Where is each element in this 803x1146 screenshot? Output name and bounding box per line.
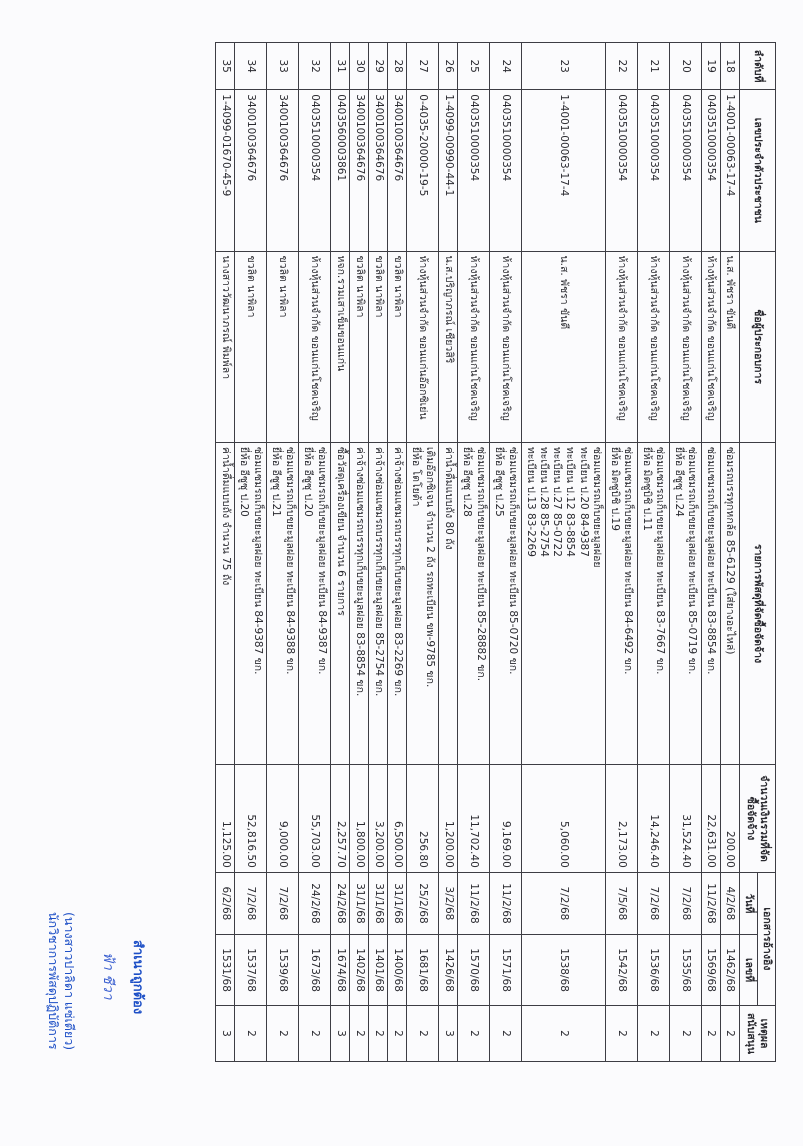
ref-date: 7/5/68 [605,872,637,934]
amount: 55,703.00 [299,765,331,872]
table-row: 293400100364676ขวลิต นาพิลาค่าจ้างซ่อมแซ… [369,43,388,1062]
citizen-id: 1-4099-01670-45-9 [216,90,235,251]
description-line: เติมอ๊อกซิเจน จำนวน 2 ถัง รถทะเบียน ขพ-9… [423,447,436,760]
reason-code: 2 [299,1006,331,1062]
signer-name: (นางสาวปาลิดา แซ่เตียว) [62,912,76,1050]
ref-date: 11/2/68 [458,872,490,934]
citizen-id: 0403510000354 [701,90,720,251]
header-citizen-id: เลขประจำตัวประชาชน [739,90,775,251]
row-number: 24 [490,43,522,90]
table-row: 333400100364676ขวลิต นาพิลาซ่อมแซมรถเก็บ… [267,43,299,1062]
item-description: ซ่อมแซมรถเก็บขยะมูลฝอย ทะเบียน 85-28882 … [458,442,490,764]
description-line: ซื้อวัสดุเครื่องเขียน จำนวน 6 รายการ [333,447,346,760]
reason-code: 2 [267,1006,299,1062]
citizen-id: 1-4001-00063-17-4 [522,90,606,251]
table-row: 220403510000354ห้างหุ้นส่วนจำกัด ขอนแก่น… [605,43,637,1062]
row-number: 34 [235,43,267,90]
citizen-id: 3400100364676 [235,90,267,251]
header-ref-number: เลขที่ [739,935,757,1006]
row-number: 27 [407,43,439,90]
description-line: ซ่อมแซมรถเก็บขยะมูลฝอย ทะเบียน 85-28882 … [474,447,487,760]
ref-number: 1539/68 [267,935,299,1006]
row-number: 29 [369,43,388,90]
amount: 256.80 [407,765,439,872]
description-line: ยี่ห้อ อีซูซุ ป.21 [269,447,282,760]
citizen-id: 0403510000354 [669,90,701,251]
ref-number: 1400/68 [388,935,407,1006]
description-line: ซ่อมแซมรถเก็บขยะมูลฝอย ทะเบียน 84-6492 ข… [621,447,634,760]
ref-number: 1426/68 [439,935,458,1006]
amount: 14,246.40 [637,765,669,872]
amount: 1,200.00 [439,765,458,872]
table-row: 320403510000354ห้างหุ้นส่วนจำกัด ขอนแก่น… [299,43,331,1062]
ref-date: 7/2/68 [669,872,701,934]
vendor-name: ขวลิต นาพิลา [350,251,369,442]
item-description: ซ่อมรถบรรทุกหกล้อ 85-6129 (ใส่ยางอะไหล่) [720,442,739,764]
description-line: ยี่ห้อ อีซูซุ ป.28 [460,447,473,760]
header-reason: เหตุผลสนับสนุน [739,1006,775,1062]
ref-date: 24/2/68 [331,872,350,934]
ref-date: 7/2/68 [267,872,299,934]
item-description: ซ่อมแซมรถเก็บขยะมูลฝอย ทะเบียน 85-0719 ข… [669,442,701,764]
vendor-name: ห้างหุ้นส่วนจำกัด ขอนแก่นอ๊อกซิเย่น [407,251,439,442]
vendor-name: ขวลิต นาพิลา [388,251,407,442]
description-line: ยี่ห้อ อีซูซุ ป.25 [492,447,505,760]
citizen-id: 0403510000354 [605,90,637,251]
table-row: 240403510000354ห้างหุ้นส่วนจำกัด ขอนแก่น… [490,43,522,1062]
ref-number: 1536/68 [637,935,669,1006]
description-line: ซ่อมแซมรถเก็บขยะมูลฝอย [590,447,603,760]
ref-date: 4/2/68 [720,872,739,934]
row-number: 31 [331,43,350,90]
ref-number: 1569/68 [701,935,720,1006]
header-vendor: ชื่อผู้ประกอบการ [739,251,775,442]
amount: 2,257.70 [331,765,350,872]
row-number: 32 [299,43,331,90]
vendor-name: ห้างหุ้นส่วนจำกัด ขอนแก่นโชคเจริญ [669,251,701,442]
description-line: ทะเบียน ป.12 83-8854 [563,447,576,760]
amount: 3,200.00 [369,765,388,872]
table-row: 303400100364676ขวลิต นาพิลาค่าจ้างซ่อมแซ… [350,43,369,1062]
description-line: ซ่อมแซมรถเก็บขยะมูลฝอย ทะเบียน 83-8854 ข… [704,447,717,760]
ref-date: 7/2/68 [522,872,606,934]
table-body: 181-4001-00063-17-4น.ส. พัชรา ขันตีซ่อมร… [216,43,740,1062]
row-number: 22 [605,43,637,90]
description-line: ยี่ห้อ มิตซูบิชิ ป.19 [608,447,621,760]
reason-code: 2 [388,1006,407,1062]
ref-date: 31/1/68 [350,872,369,934]
vendor-name: ห้างหุ้นส่วนจำกัด ขอนแก่นโชคเจริญ [299,251,331,442]
description-line: ทะเบียน ป.27 85-0722 [550,447,563,760]
row-number: 33 [267,43,299,90]
reason-code: 3 [331,1006,350,1062]
item-description: ซ่อมแซมรถเก็บขยะมูลฝอย ทะเบียน 84-6492 ข… [605,442,637,764]
description-line: ซ่อมรถบรรทุกหกล้อ 85-6129 (ใส่ยางอะไหล่) [723,447,736,760]
item-description: ค่าจ้างซ่อมแซมรถบรรทุกเก็บขยะมูลฝอย 85-2… [369,442,388,764]
ref-number: 1535/68 [669,935,701,1006]
row-number: 18 [720,43,739,90]
reason-code: 2 [369,1006,388,1062]
citizen-id: 0403560003861 [331,90,350,251]
vendor-name: น.ส. พัชรา ขันตี [720,251,739,442]
citizen-id: 0-4035-20000-19-5 [407,90,439,251]
description-line: ทะเบียน ป.28 85-2754 [537,447,550,760]
citizen-id: 3400100364676 [267,90,299,251]
signature: ฟ้า ชีวา [100,952,116,999]
vendor-name: น.ส.ปริญาภรณ์ เชียวสิริ [439,251,458,442]
ref-date: 25/2/68 [407,872,439,934]
table-row: 210403510000354ห้างหุ้นส่วนจำกัด ขอนแก่น… [637,43,669,1062]
vendor-name: ห้างหุ้นส่วนจำกัด ขอนแก่นโชคเจริญ [605,251,637,442]
vendor-name: ขวลิต นาพิลา [235,251,267,442]
ref-date: 31/1/68 [388,872,407,934]
amount: 2,173.00 [605,765,637,872]
description-line: ซ่อมแซมรถเก็บขยะมูลฝอย ทะเบียน 83-7667 ข… [653,447,666,760]
row-number: 30 [350,43,369,90]
amount: 9,000.00 [267,765,299,872]
amount: 5,060.00 [522,765,606,872]
table-row: 270-4035-20000-19-5ห้างหุ้นส่วนจำกัด ขอน… [407,43,439,1062]
amount: 200.00 [720,765,739,872]
description-line: ยี่ห้อ อีซูซุ ป.24 [672,447,685,760]
citizen-id: 0403510000354 [490,90,522,251]
vendor-name: ห้างหุ้นส่วนจำกัด ขอนแก่นโชคเจริญ [701,251,720,442]
header-description: รายการพัสดุที่จัดซื้อจัดจ้าง [739,442,775,764]
table-row: 283400100364676ขวลิต นาพิลาค่าจ้างซ่อมแซ… [388,43,407,1062]
ref-number: 1538/68 [522,935,606,1006]
reason-code: 2 [407,1006,439,1062]
ref-number: 1402/68 [350,935,369,1006]
citizen-id: 1-4001-00063-17-4 [720,90,739,251]
row-number: 26 [439,43,458,90]
ref-date: 7/2/68 [637,872,669,934]
description-line: ซ่อมแซมรถเก็บขยะมูลฝอย ทะเบียน 85-0720 ข… [506,447,519,760]
ref-date: 24/2/68 [299,872,331,934]
ref-number: 1542/68 [605,935,637,1006]
reason-code: 2 [235,1006,267,1062]
table-row: 190403510000354ห้างหุ้นส่วนจำกัด ขอนแก่น… [701,43,720,1062]
citizen-id: 1-4099-00990-44-1 [439,90,458,251]
item-description: ซ่อมแซมรถเก็บขยะมูลฝอย ทะเบียน 84-9387 ข… [299,442,331,764]
description-line: ซ่อมแซมรถเก็บขยะมูลฝอย ทะเบียน 84-9387 ข… [251,447,264,760]
table-row: 200403510000354ห้างหุ้นส่วนจำกัด ขอนแก่น… [669,43,701,1062]
row-number: 35 [216,43,235,90]
description-line: ซ่อมแซมรถเก็บขยะมูลฝอย ทะเบียน 84-9388 ข… [283,447,296,760]
ref-number: 1570/68 [458,935,490,1006]
ref-date: 3/2/68 [439,872,458,934]
table-row: 231-4001-00063-17-4น.ส. พัชรา ขันตีซ่อมแ… [522,43,606,1062]
description-line: ยี่ห้อ โตโยต้า [409,447,422,760]
description-line: ค่าน้ำดื่มแบบถัง จำนวน 75 ถัง [218,447,231,760]
reason-code: 3 [216,1006,235,1062]
vendor-name: ห้างหุ้นส่วนจำกัด ขอนแก่นโชคเจริญ [490,251,522,442]
reason-code: 2 [350,1006,369,1062]
ref-number: 1401/68 [369,935,388,1006]
header-ref-date: วันที่ [739,872,757,934]
ref-number: 1681/68 [407,935,439,1006]
description-line: ค่าจ้างซ่อมแซมรถบรรทุกเก็บขยะมูลฝอย 85-2… [371,447,384,760]
header-reference-doc: เอกสารอ้างอิง [757,872,775,1005]
description-line: ค่าจ้างซ่อมแซมรถบรรทุกเก็บขยะมูลฝอย 83-8… [352,447,365,760]
vendor-name: น.ส. พัชรา ขันตี [522,251,606,442]
citizen-id: 3400100364676 [369,90,388,251]
signer-role: นักวิชาการพัสดุปฏิบัติการ [46,912,60,1050]
row-number: 25 [458,43,490,90]
item-description: ซ่อมแซมรถเก็บขยะมูลฝอย ทะเบียน 84-9387 ข… [235,442,267,764]
citizen-id: 0403510000354 [637,90,669,251]
ref-number: 1537/68 [235,935,267,1006]
procurement-sheet: ลำดับที่ เลขประจำตัวประชาชน ชื่อผู้ประกอ… [215,42,776,1062]
ref-date: 7/2/68 [235,872,267,934]
amount: 1,125.00 [216,765,235,872]
table-row: 250403510000354ห้างหุ้นส่วนจำกัด ขอนแก่น… [458,43,490,1062]
ref-date: 11/2/68 [490,872,522,934]
row-number: 21 [637,43,669,90]
amount: 22,631.00 [701,765,720,872]
table-row: 343400100364676ขวลิต นาพิลาซ่อมแซมรถเก็บ… [235,43,267,1062]
ref-date: 6/2/68 [216,872,235,934]
citizen-id: 3400100364676 [350,90,369,251]
citizen-id: 0403510000354 [458,90,490,251]
item-description: ซ่อมแซมรถเก็บขยะมูลฝอย ทะเบียน 83-7667 ข… [637,442,669,764]
ref-date: 11/2/68 [701,872,720,934]
vendor-name: ห้างหุ้นส่วนจำกัด ขอนแก่นโชคเจริญ [458,251,490,442]
vendor-name: นางสาววัฒนาภรณ์ พิมพ์ลา [216,251,235,442]
description-line: ยี่ห้อ อีซูซุ ป.20 [301,447,314,760]
ref-number: 1531/68 [216,935,235,1006]
item-description: ค่าจ้างซ่อมแซมรถบรรทุกเก็บขยะมูลฝอย 83-8… [350,442,369,764]
item-description: ซ่อมแซมรถเก็บขยะมูลฝอย ทะเบียน 85-0720 ข… [490,442,522,764]
vendor-name: ขวลิต นาพิลา [267,251,299,442]
rotated-page: ลำดับที่ เลขประจำตัวประชาชน ชื่อผู้ประกอ… [0,0,803,1146]
header-no: ลำดับที่ [739,43,775,90]
header-amount: จำนวนเงินรวมที่จัดซื้อจัดจ้าง [739,765,775,872]
amount: 6,500.00 [388,765,407,872]
description-line: ยี่ห้อ อีซูซุ ป.20 [237,447,250,760]
ref-number: 1462/68 [720,935,739,1006]
row-number: 19 [701,43,720,90]
item-description: ซ่อมแซมรถเก็บขยะมูลฝอย ทะเบียน 83-8854 ข… [701,442,720,764]
item-description: ซ่อมแซมรถเก็บขยะมูลฝอยทะเบียน ป.20 84-93… [522,442,606,764]
item-description: ซ่อมแซมรถเก็บขยะมูลฝอย ทะเบียน 84-9388 ข… [267,442,299,764]
reason-code: 2 [701,1006,720,1062]
description-line: ซ่อมแซมรถเก็บขยะมูลฝอย ทะเบียน 84-9387 ข… [315,447,328,760]
row-number: 28 [388,43,407,90]
reason-code: 2 [522,1006,606,1062]
ref-number: 1674/68 [331,935,350,1006]
certified-copy-stamp: สำเนาถูกต้อง [129,940,144,1014]
reason-code: 2 [490,1006,522,1062]
amount: 52,816.50 [235,765,267,872]
table-row: 261-4099-00990-44-1น.ส.ปริญาภรณ์ เชียวสิ… [439,43,458,1062]
table-row: 181-4001-00063-17-4น.ส. พัชรา ขันตีซ่อมร… [720,43,739,1062]
item-description: ค่าน้ำดื่มแบบถัง 80 ถัง [439,442,458,764]
citizen-id: 3400100364676 [388,90,407,251]
item-description: ค่าจ้างซ่อมแซมรถบรรทุกเก็บขยะมูลฝอย 83-2… [388,442,407,764]
item-description: ซื้อวัสดุเครื่องเขียน จำนวน 6 รายการ [331,442,350,764]
row-number: 23 [522,43,606,90]
citizen-id: 0403510000354 [299,90,331,251]
amount: 31,524.40 [669,765,701,872]
description-line: ยี่ห้อ มิตซูบิชิ ป.11 [640,447,653,760]
reason-code: 2 [669,1006,701,1062]
procurement-table: ลำดับที่ เลขประจำตัวประชาชน ชื่อผู้ประกอ… [215,42,776,1062]
description-line: ซ่อมแซมรถเก็บขยะมูลฝอย ทะเบียน 85-0719 ข… [685,447,698,760]
description-line: ทะเบียน ป.20 84-9387 [577,447,590,760]
amount: 11,702.40 [458,765,490,872]
amount: 9,169.00 [490,765,522,872]
reason-code: 2 [720,1006,739,1062]
description-line: ค่าจ้างซ่อมแซมรถบรรทุกเก็บขยะมูลฝอย 83-2… [390,447,403,760]
item-description: เติมอ๊อกซิเจน จำนวน 2 ถัง รถทะเบียน ขพ-9… [407,442,439,764]
item-description: ค่าน้ำดื่มแบบถัง จำนวน 75 ถัง [216,442,235,764]
table-row: 351-4099-01670-45-9นางสาววัฒนาภรณ์ พิมพ์… [216,43,235,1062]
ref-date: 31/1/68 [369,872,388,934]
vendor-name: ห้างหุ้นส่วนจำกัด ขอนแก่นโชคเจริญ [637,251,669,442]
reason-code: 2 [458,1006,490,1062]
description-line: ทะเบียน ป.13 83-2269 [524,447,537,760]
description-line: ค่าน้ำดื่มแบบถัง 80 ถัง [441,447,454,760]
reason-code: 2 [605,1006,637,1062]
reason-code: 3 [439,1006,458,1062]
vendor-name: หจก.รวมเสาเข็มขอนแก่น [331,251,350,442]
ref-number: 1673/68 [299,935,331,1006]
reason-code: 2 [637,1006,669,1062]
table-row: 310403560003861หจก.รวมเสาเข็มขอนแก่นซื้อ… [331,43,350,1062]
vendor-name: ขวลิต นาพิลา [369,251,388,442]
ref-number: 1571/68 [490,935,522,1006]
amount: 1,800.00 [350,765,369,872]
row-number: 20 [669,43,701,90]
